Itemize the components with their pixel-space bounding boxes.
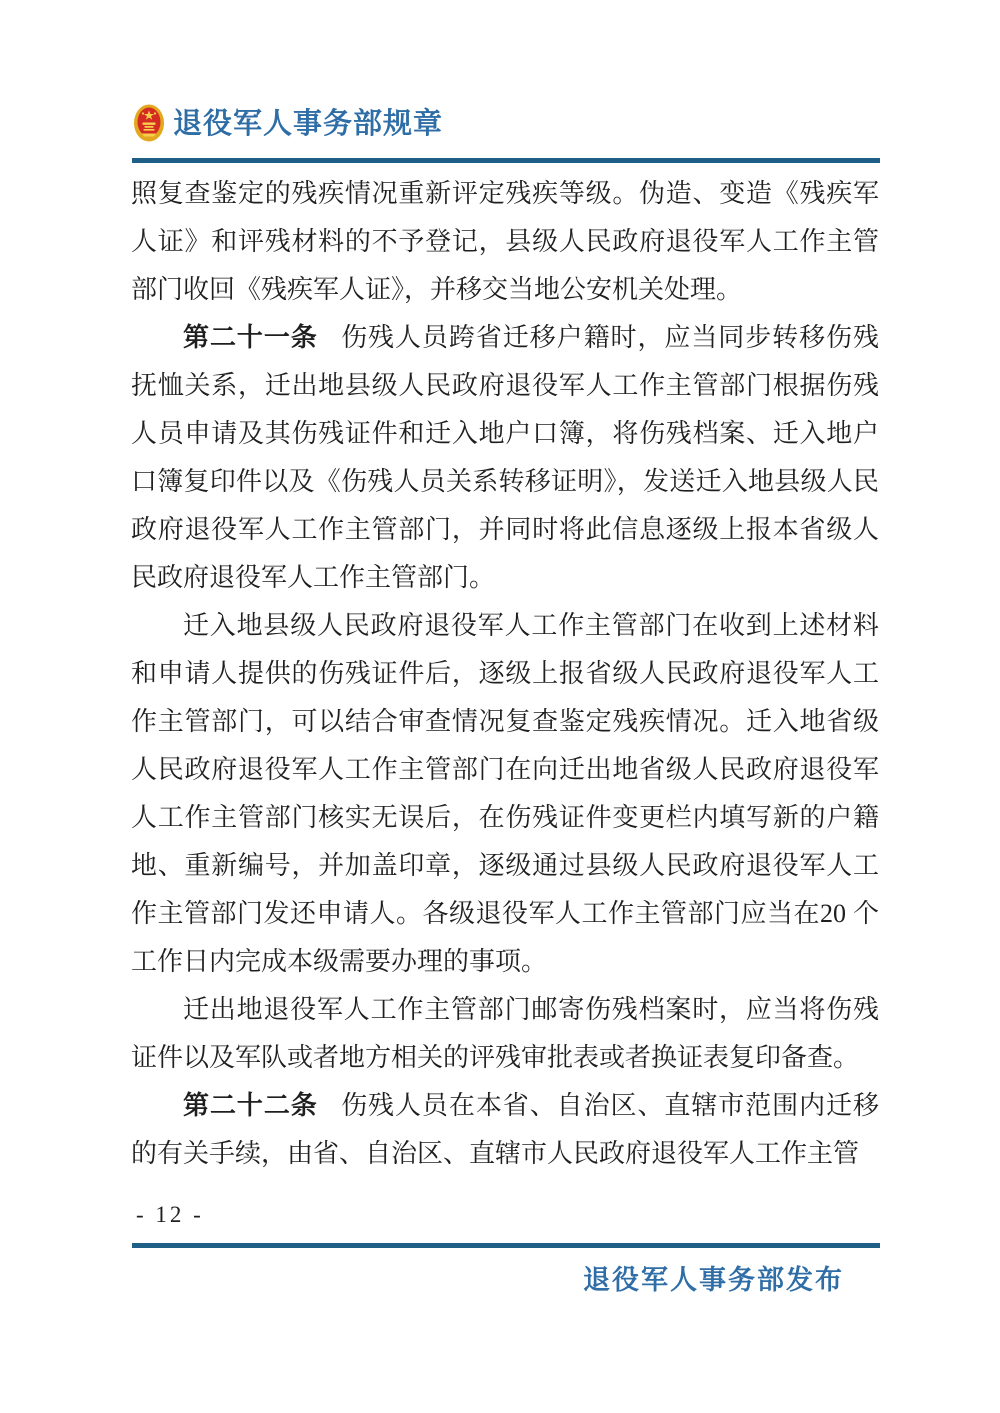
- paragraph-text: 迁入地县级人民政府退役军人工作主管部门在收到上述材料和申请人提供的伤残证件后，逐…: [131, 611, 879, 976]
- paragraph-text: 照复查鉴定的残疾情况重新评定残疾等级。伪造、变造《残疾军人证》和评残材料的不予登…: [131, 179, 879, 304]
- paragraph: 照复查鉴定的残疾情况重新评定残疾等级。伪造、变造《残疾军人证》和评残材料的不予登…: [131, 170, 879, 314]
- article-number-label: 第二十二条: [183, 1091, 318, 1120]
- footer-rule: [132, 1243, 880, 1248]
- header-title: 退役军人事务部规章: [173, 104, 443, 144]
- document-body: 照复查鉴定的残疾情况重新评定残疾等级。伪造、变造《残疾军人证》和评残材料的不予登…: [131, 170, 879, 1178]
- header-rule: [132, 158, 880, 163]
- article-number-label: 第二十一条: [183, 323, 318, 352]
- publisher-label: 退役军人事务部发布: [130, 1258, 844, 1297]
- paragraph: 第二十二条伤残人员在本省、自治区、直辖市范围内迁移的有关手续，由省、自治区、直辖…: [131, 1082, 879, 1178]
- paragraph: 迁出地退役军人工作主管部门邮寄伤残档案时，应当将伤残证件以及军队或者地方相关的评…: [131, 986, 879, 1082]
- page-header: 退役军人事务部规章: [133, 104, 881, 144]
- page-number: - 12 -: [136, 1202, 204, 1228]
- paragraph: 迁入地县级人民政府退役军人工作主管部门在收到上述材料和申请人提供的伤残证件后，逐…: [131, 602, 879, 986]
- national-emblem-icon: [133, 104, 165, 144]
- paragraph-text: 迁出地退役军人工作主管部门邮寄伤残档案时，应当将伤残证件以及军队或者地方相关的评…: [131, 995, 879, 1072]
- paragraph-text: 伤残人员跨省迁移户籍时，应当同步转移伤残抚恤关系，迁出地县级人民政府退役军人工作…: [131, 323, 879, 592]
- paragraph: 第二十一条伤残人员跨省迁移户籍时，应当同步转移伤残抚恤关系，迁出地县级人民政府退…: [131, 314, 879, 602]
- document-page: 退役军人事务部规章 照复查鉴定的残疾情况重新评定残疾等级。伪造、变造《残疾军人证…: [0, 0, 1000, 1413]
